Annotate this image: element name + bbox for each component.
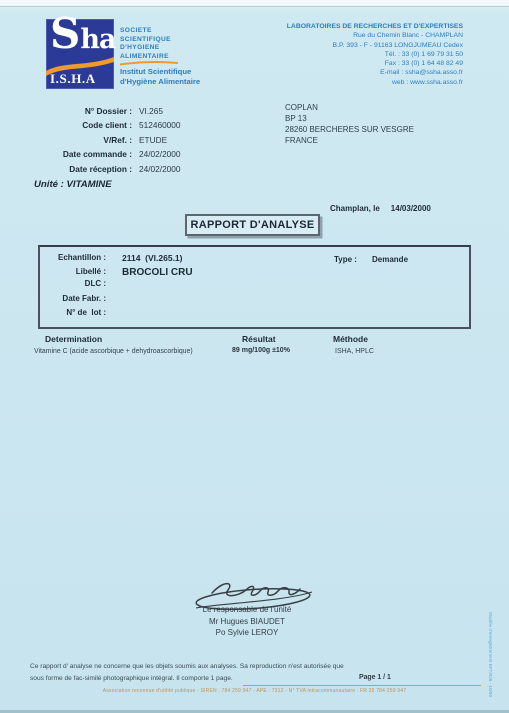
table-cell-determination: Vitamine C (acide ascorbique + dehydroas… [34,348,193,355]
sample-value: 2114 (VI.265.1) [122,253,183,263]
society-name: SOCIETE SCIENTIFIQUE D'HYGIENE ALIMENTAI… [120,27,171,62]
dossier-row: V/Ref. : ETUDE [30,135,181,149]
institute-line: d'Hygiène Alimentaire [120,77,200,87]
dossier-label: Date réception : [30,164,132,174]
dossier-label: Code client : [30,120,132,130]
dossier-row: Date réception : 24/02/2000 [30,164,181,178]
signature-name: Mr Hugues BIAUDET [167,616,327,628]
report-title: RAPPORT D'ANALYSE [190,219,314,231]
signature-po-name: Po Sylvie LEROY [167,627,327,639]
sample-row-libelle: Libellé : BROCOLI CRU [46,267,193,278]
unit-line: Unité : VITAMINE [34,179,112,190]
footer-disclaimer-line2: sous forme de fac-similé photographique … [30,675,233,682]
sample-label: Echantillon : [46,253,106,263]
dossier-value: ETUDE [139,135,167,145]
dossier-label: N° Dossier : [30,106,132,116]
logo-monogram: Sha [50,13,115,55]
isha-logo: Sha I.S.H.A [46,19,114,89]
lab-address-line: Fax : 33 (0) 1 64 48 82 49 [287,59,463,68]
addressee-line: COPLAN [285,103,414,114]
sample-type-value: Demande [372,255,408,264]
society-line: SCIENTIFIQUE [120,36,171,45]
dossier-row: Code client : 512460000 [30,120,181,134]
dossier-row: N° Dossier : VI.265 [30,106,181,120]
page-indicator: Page 1 / 1 [359,674,391,681]
dossier-row: Date commande : 24/02/2000 [30,149,181,163]
dateline-place: Champlan, le [330,204,380,213]
dossier-label: Date commande : [30,149,132,159]
sample-value: BROCOLI CRU [122,267,193,278]
lab-address-line: web : www.ssha.asso.fr [287,78,463,87]
lab-address-line: B.P. 393 - F - 91163 LONGJUMEAU Cedex [287,41,463,50]
table-header-determination: Determination [45,334,102,344]
dossier-value: 24/02/2000 [139,164,181,174]
sample-label: Date Fabr. : [46,294,106,303]
signature-role: Le responsable de l'unité [167,604,327,616]
sample-row-lot: N° de lot : [46,308,122,317]
addressee-line: BP 13 [285,114,414,125]
logo-monogram-small: ha [80,24,115,55]
lab-address-line: Rue du Chemin Blanc - CHAMPLAN [287,31,463,40]
lab-address-block: LABORATOIRES DE RECHERCHES ET D'EXPERTIS… [287,22,463,87]
report-title-box: RAPPORT D'ANALYSE [185,214,320,236]
edge-imprint-note: Modèle d'enregistrement EFT/026 - 10/99 [488,612,493,707]
signature-block: Le responsable de l'unité Mr Hugues BIAU… [167,604,327,639]
footer-rule [243,685,481,686]
logo-acronym: I.S.H.A [50,71,96,87]
dossier-value: 24/02/2000 [139,149,181,159]
lab-address-line: E-mail : ssha@ssha.asso.fr [287,68,463,77]
sample-box: Echantillon : 2114 (VI.265.1) Libellé : … [38,245,471,329]
addressee-line: FRANCE [285,136,414,147]
sample-type-label: Type : [334,255,357,264]
dossier-label: V/Ref. : [30,135,132,145]
dateline-date: 14/03/2000 [391,204,431,213]
dossier-value: VI.265 [139,106,163,116]
lab-address-line: LABORATOIRES DE RECHERCHES ET D'EXPERTIS… [287,22,463,31]
sample-label: Libellé : [46,267,106,278]
logo-monogram-big: S [50,9,80,58]
scan-edge-top-line [0,6,509,7]
table-header-methode: Méthode [333,334,368,344]
lab-address-line: Tél. : 33 (0) 1 69 79 31 50 [287,50,463,59]
sample-row-date-fabr: Date Fabr. : [46,294,122,303]
dateline: Champlan, le 14/03/2000 [330,204,431,213]
table-cell-resultat: 89 mg/100g ±10% [232,347,290,354]
association-line: Association reconnue d'utilité publique … [0,688,509,694]
footer-disclaimer-line1: Ce rapport d' analyse ne concerne que le… [30,663,344,670]
scanned-report-page: Sha I.S.H.A SOCIETE SCIENTIFIQUE D'HYGIE… [0,0,509,713]
sample-row-echantillon: Echantillon : 2114 (VI.265.1) [46,253,183,263]
sample-label: N° de lot : [46,308,106,317]
society-underline-swoosh-icon [120,60,178,66]
addressee-block: COPLAN BP 13 28260 BERCHERES SUR VESGRE … [285,103,414,147]
sample-label: DLC : [46,279,106,288]
sample-row-dlc: DLC : [46,279,122,288]
institute-name: Institut Scientifique d'Hygiène Alimenta… [120,67,200,86]
addressee-line: 28260 BERCHERES SUR VESGRE [285,125,414,136]
dossier-info-block: N° Dossier : VI.265 Code client : 512460… [30,106,181,178]
table-cell-methode: ISHA, HPLC [335,348,374,355]
dossier-value: 512460000 [139,120,181,130]
table-header-resultat: Résultat [242,334,276,344]
society-line: D'HYGIENE [120,44,171,53]
society-line: SOCIETE [120,27,171,36]
institute-line: Institut Scientifique [120,67,200,77]
